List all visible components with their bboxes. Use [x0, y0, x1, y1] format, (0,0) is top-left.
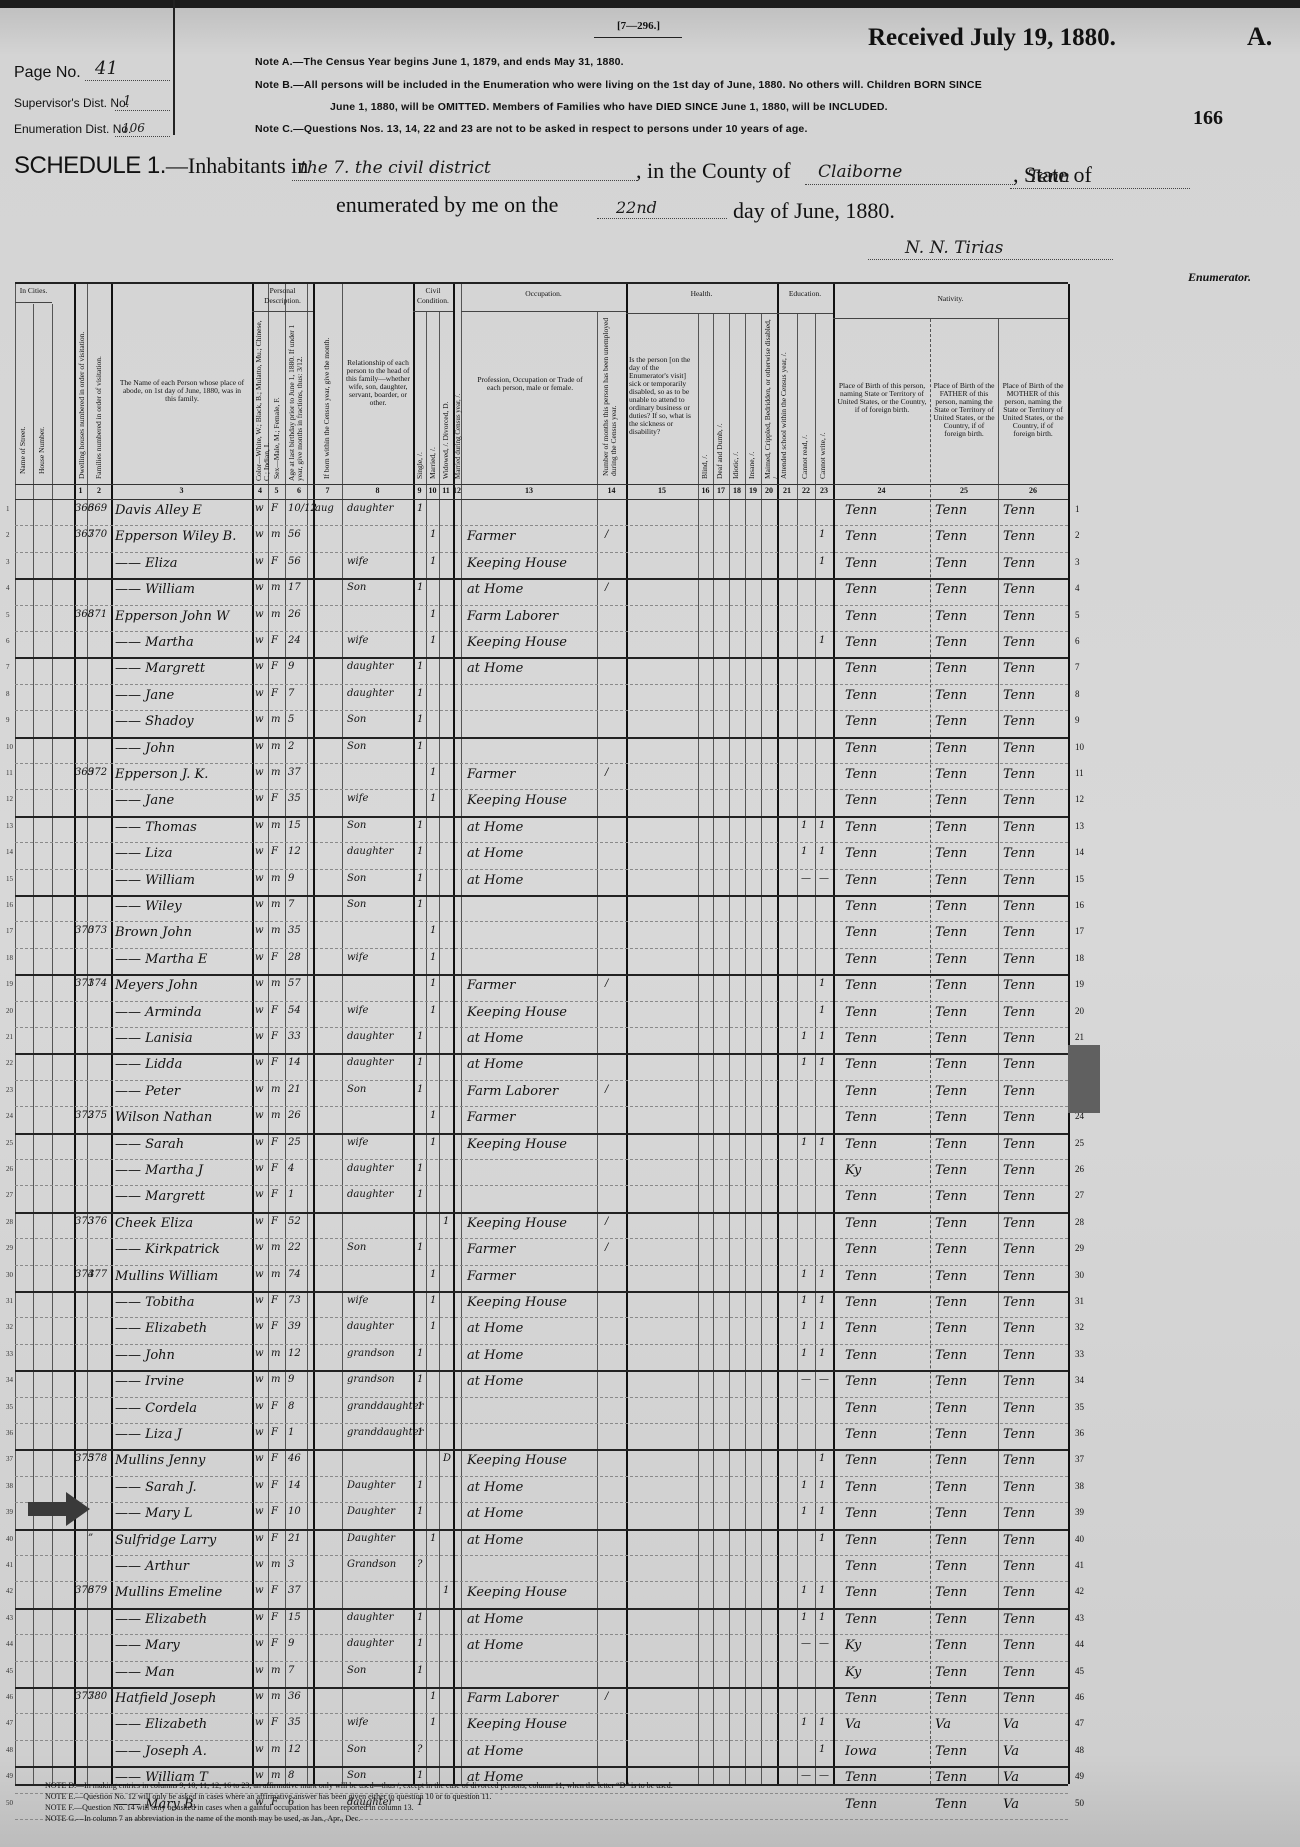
color-value: w	[255, 1137, 267, 1148]
birthplace-value: Tenn	[845, 1269, 929, 1284]
father-birthplace-value: Tenn	[935, 1374, 997, 1389]
table-row: 370373Brown Johnwm351TennTennTenn	[15, 921, 1068, 948]
row-number: 17	[1075, 926, 1084, 936]
person-name: Cheek Eliza	[115, 1216, 265, 1231]
sex-value: F	[271, 635, 283, 646]
color-value: w	[255, 1612, 267, 1623]
sex-value: m	[271, 1269, 283, 1280]
person-name: Epperson Wiley B.	[115, 529, 265, 544]
age-value: 24	[288, 635, 310, 646]
colnum: 5	[268, 486, 285, 495]
corner-letter: A.	[1247, 22, 1272, 52]
father-birthplace-value: Tenn	[935, 1321, 997, 1336]
row-number: 36	[1075, 1428, 1084, 1438]
birthplace-value: Tenn	[845, 1348, 929, 1363]
state-line	[1010, 188, 1190, 189]
mother-birthplace-value: Tenn	[1003, 925, 1065, 940]
married-mark: 1	[430, 1321, 438, 1332]
table-row: —— Irvinewm9grandson1at Home——TennTennTe…	[15, 1370, 1068, 1397]
row-number: 37	[1075, 1454, 1084, 1464]
person-name: —— Margrett	[115, 1189, 265, 1204]
day-line	[597, 218, 727, 219]
row-number: 41	[1075, 1560, 1084, 1570]
color-header: Color—White, W.; Black, B.; Mulatto, Mu.…	[255, 316, 271, 481]
color-value: w	[255, 1638, 267, 1649]
occupation-value: at Home	[467, 846, 595, 861]
person-name: —— Kirkpatrick	[115, 1242, 265, 1257]
father-birthplace-value: Tenn	[935, 925, 997, 940]
color-value: w	[255, 846, 267, 857]
schedule-title: SCHEDULE 1.—Inhabitants in	[14, 152, 308, 180]
person-name: —— Sarah	[115, 1137, 265, 1152]
mother-birthplace-value: Tenn	[1003, 793, 1065, 808]
birthplace-value: Tenn	[845, 1506, 929, 1521]
cannot-write-mark: 1	[819, 1533, 833, 1544]
birthplace-value: Tenn	[845, 873, 929, 888]
sick-header: Is the person [on the day of the Enumera…	[629, 356, 695, 436]
sex-value: m	[271, 1110, 283, 1121]
father-birthplace-value: Tenn	[935, 1269, 997, 1284]
color-value: w	[255, 1189, 267, 1200]
family-number: 374	[88, 978, 110, 989]
father-birthplace-value: Tenn	[935, 1453, 997, 1468]
unemployed-mark: /	[605, 1216, 621, 1227]
age-value: 22	[288, 1242, 310, 1253]
father-birthplace-value: Tenn	[935, 635, 997, 650]
sex-value: F	[271, 793, 283, 804]
unemployed-header: Number of months this person has been un…	[602, 316, 618, 476]
married-mark: 1	[430, 609, 438, 620]
line-number: 42	[6, 1587, 13, 1595]
color-value: w	[255, 952, 267, 963]
occupation-col-header: Profession, Occupation or Trade of each …	[470, 376, 590, 392]
line-number: 7	[6, 663, 10, 671]
mother-birthplace-value: Tenn	[1003, 1057, 1065, 1072]
table-row: —— MarthawF24wife1Keeping House1TennTenn…	[15, 631, 1068, 659]
single-mark: ?	[417, 1559, 425, 1570]
day-value: 22nd	[616, 198, 657, 217]
born-month-header: If born within the Census year, give the…	[323, 314, 331, 479]
cannot-read-header: Cannot read, /.	[801, 414, 809, 479]
scan-shadow	[1068, 1045, 1100, 1113]
age-value: 9	[288, 661, 310, 672]
table-row: —— TobithawF73wife1Keeping House11TennTe…	[15, 1291, 1068, 1318]
color-value: w	[255, 741, 267, 752]
color-value: w	[255, 1216, 267, 1227]
father-birthplace-value: Tenn	[935, 1110, 997, 1125]
sex-value: m	[271, 529, 283, 540]
line-number: 15	[6, 875, 13, 883]
father-birthplace-value: Tenn	[935, 1242, 997, 1257]
relationship-value: wife	[347, 556, 413, 567]
occupation-value: Keeping House	[467, 635, 595, 650]
relationship-value: wife	[347, 793, 413, 804]
father-birthplace-value: Tenn	[935, 1797, 997, 1812]
birthplace-value: Tenn	[845, 978, 929, 993]
single-mark: 1	[417, 1057, 425, 1068]
mother-birthplace-value: Va	[1003, 1717, 1065, 1732]
colnum: 1	[74, 486, 87, 495]
birthplace-value: Tenn	[845, 767, 929, 782]
sex-value: F	[271, 1163, 283, 1174]
mother-birthplace-value: Tenn	[1003, 1374, 1065, 1389]
person-name: Brown John	[115, 925, 265, 940]
line-number: 8	[6, 690, 10, 698]
family-number: 369	[88, 503, 110, 514]
row-number: 9	[1075, 715, 1080, 725]
table-row: —— Liza JwF1granddaughter1TennTennTenn	[15, 1423, 1068, 1451]
person-name: —— Joseph A.	[115, 1744, 265, 1759]
cannot-read-mark: —	[801, 1638, 815, 1649]
father-birthplace-value: Tenn	[935, 609, 997, 624]
sex-value: m	[271, 741, 283, 752]
father-birthplace-value: Tenn	[935, 952, 997, 967]
table-row: ”Sulfridge LarrywF21Daughter1at Home1Ten…	[15, 1529, 1068, 1556]
single-mark: 1	[417, 741, 425, 752]
cannot-write-mark: 1	[819, 846, 833, 857]
line-number: 34	[6, 1376, 13, 1384]
enumeration-value: 106	[122, 121, 145, 135]
single-mark: 1	[417, 1084, 425, 1095]
occupation-value: at Home	[467, 1031, 595, 1046]
father-birthplace-value: Tenn	[935, 1612, 997, 1627]
occupation-value: at Home	[467, 582, 595, 597]
father-birthplace-value: Tenn	[935, 1005, 997, 1020]
scan-edge	[0, 0, 1300, 8]
civil-condition-header: Civil Condition.	[413, 286, 453, 312]
relationship-value: Son	[347, 820, 413, 831]
age-value: 15	[288, 820, 310, 831]
mother-birthplace-value: Tenn	[1003, 1163, 1065, 1178]
person-name: Sulfridge Larry	[115, 1533, 265, 1548]
color-value: w	[255, 1057, 267, 1068]
married-mark: 1	[430, 1110, 438, 1121]
mother-birthplace-value: Va	[1003, 1744, 1065, 1759]
table-row: —— SarahwF25wife1Keeping House11TennTenn…	[15, 1133, 1068, 1160]
occupation-value: Farm Laborer	[467, 1691, 595, 1706]
sex-value: F	[271, 1005, 283, 1016]
married-mark: 1	[430, 1295, 438, 1306]
age-value: 26	[288, 1110, 310, 1121]
cannot-read-mark: 1	[801, 1506, 815, 1517]
sex-value: F	[271, 1612, 283, 1623]
row-number: 6	[1075, 636, 1080, 646]
mother-birthplace-value: Tenn	[1003, 978, 1065, 993]
mother-birthplace-header: Place of Birth of the MOTHER of this per…	[1001, 382, 1065, 438]
county-line	[805, 184, 1015, 185]
relationship-value: daughter	[347, 688, 413, 699]
unemployed-mark: /	[605, 978, 621, 989]
line-number: 43	[6, 1614, 13, 1622]
note-b: Note B.—All persons will be included in …	[255, 79, 982, 91]
line-number: 2	[6, 531, 10, 539]
single-mark: 1	[417, 1163, 425, 1174]
colnum: 3	[111, 486, 252, 495]
enumeration-line	[115, 136, 170, 137]
cannot-write-mark: 1	[819, 1612, 833, 1623]
single-header: Single, /.	[416, 424, 424, 479]
line-number: 23	[6, 1086, 13, 1094]
age-value: 57	[288, 978, 310, 989]
mother-birthplace-value: Tenn	[1003, 741, 1065, 756]
birthplace-value: Tenn	[845, 1585, 929, 1600]
age-value: 7	[288, 1665, 310, 1676]
table-row: —— ElizabethwF15daughter1at Home11TennTe…	[15, 1608, 1068, 1635]
relationship-value: wife	[347, 1717, 413, 1728]
line-number: 3	[6, 558, 10, 566]
line-number: 47	[6, 1719, 13, 1727]
family-number: 372	[88, 767, 110, 778]
sex-value: m	[271, 1744, 283, 1755]
age-value: 10	[288, 1506, 310, 1517]
cannot-read-mark: 1	[801, 1612, 815, 1623]
sex-value: m	[271, 1691, 283, 1702]
occupation-value: at Home	[467, 661, 595, 676]
unemployed-mark: /	[605, 582, 621, 593]
dwelling-header: Dwelling houses numbered in order of vis…	[78, 304, 86, 479]
widowed-mark: 1	[443, 1585, 451, 1596]
cannot-read-mark: 1	[801, 1295, 815, 1306]
cannot-write-mark: 1	[819, 1321, 833, 1332]
birthplace-value: Tenn	[845, 1295, 929, 1310]
birthplace-value: Tenn	[845, 1427, 929, 1442]
age-value: 36	[288, 1691, 310, 1702]
page-no-line	[85, 80, 170, 81]
cannot-read-mark: 1	[801, 1321, 815, 1332]
supervisor-label: Supervisor's Dist. No.	[14, 96, 129, 110]
married-header: Married, /.	[429, 424, 437, 479]
row-number: 42	[1075, 1586, 1084, 1596]
sex-value: F	[271, 503, 283, 514]
line-number: 45	[6, 1667, 13, 1675]
birthplace-value: Tenn	[845, 1137, 929, 1152]
column-number-row: 1 2 3 4 5 6 7 8 9 10 11 12 13 14 15 16 1…	[15, 484, 1068, 500]
color-value: w	[255, 1717, 267, 1728]
color-value: w	[255, 1533, 267, 1544]
color-value: w	[255, 1110, 267, 1121]
table-row: —— ElizawF56wife1Keeping House1TennTennT…	[15, 552, 1068, 580]
sex-value: F	[271, 1453, 283, 1464]
person-name: —— Man	[115, 1665, 265, 1680]
row-number: 43	[1075, 1613, 1084, 1623]
relationship-value: wife	[347, 1005, 413, 1016]
census-page: Page No. 41 Supervisor's Dist. No. 1 Enu…	[0, 0, 1300, 1847]
row-number: 33	[1075, 1349, 1084, 1359]
line-number: 32	[6, 1323, 13, 1331]
colnum: 16	[698, 486, 713, 495]
row-number: 11	[1075, 768, 1084, 778]
cannot-write-mark: 1	[819, 820, 833, 831]
line-number: 30	[6, 1271, 13, 1279]
unemployed-mark: /	[605, 1691, 621, 1702]
widowed-header: Widowed, /. Divorced, D.	[442, 384, 450, 479]
married-mark: 1	[430, 556, 438, 567]
father-birthplace-value: Tenn	[935, 1480, 997, 1495]
row-number: 3	[1075, 557, 1080, 567]
maimed-header: Maimed, Crippled, Bedridden, or otherwis…	[764, 314, 780, 479]
line-number: 24	[6, 1112, 13, 1120]
row-number: 30	[1075, 1270, 1084, 1280]
table-row: 369372Epperson J. K.wm371Farmer/TennTenn…	[15, 763, 1068, 790]
person-name: —— Eliza	[115, 556, 265, 571]
mother-birthplace-value: Tenn	[1003, 1216, 1065, 1231]
person-name: —— Sarah J.	[115, 1480, 265, 1495]
cannot-write-mark: 1	[819, 1506, 833, 1517]
color-value: w	[255, 1374, 267, 1385]
note-c: Note C.—Questions Nos. 13, 14, 22 and 23…	[255, 123, 808, 135]
colnum: 12	[453, 486, 461, 495]
row-number: 45	[1075, 1666, 1084, 1676]
color-value: w	[255, 820, 267, 831]
person-name: Wilson Nathan	[115, 1110, 265, 1125]
cannot-write-mark: 1	[819, 529, 833, 540]
row-number: 34	[1075, 1375, 1084, 1385]
relationship-value: wife	[347, 635, 413, 646]
enumerator-signature: N. N. Tirias	[905, 238, 1003, 258]
colnum: 8	[342, 486, 413, 495]
single-mark: 1	[417, 1638, 425, 1649]
age-value: 73	[288, 1295, 310, 1306]
person-name: —— Martha E	[115, 952, 265, 967]
single-mark: 1	[417, 1480, 425, 1491]
married-mark: 1	[430, 1269, 438, 1280]
row-number: 13	[1075, 821, 1084, 831]
color-value: w	[255, 925, 267, 936]
unemployed-mark: /	[605, 529, 621, 540]
occupation-value: at Home	[467, 1533, 595, 1548]
father-birthplace-value: Tenn	[935, 503, 997, 518]
widowed-mark: D	[443, 1453, 451, 1464]
person-name: —— William	[115, 582, 265, 597]
father-birthplace-value: Tenn	[935, 1084, 997, 1099]
mother-birthplace-value: Tenn	[1003, 846, 1065, 861]
unemployed-mark: /	[605, 767, 621, 778]
mother-birthplace-value: Tenn	[1003, 767, 1065, 782]
family-number: 375	[88, 1110, 110, 1121]
table-row: —— Williamwm17Son1at Home/TennTennTenn	[15, 578, 1068, 605]
occupation-value: Keeping House	[467, 1295, 595, 1310]
color-value: w	[255, 503, 267, 514]
cannot-write-mark: 1	[819, 556, 833, 567]
color-value: w	[255, 556, 267, 567]
color-value: w	[255, 873, 267, 884]
note-f: NOTE F.—Question No. 14 will only be ask…	[45, 1802, 673, 1813]
footnotes: NOTE D.—In making entries in columns 9, …	[45, 1780, 673, 1824]
table-row: —— JanewF35wife1Keeping HouseTennTennTen…	[15, 789, 1068, 817]
row-number: 32	[1075, 1322, 1084, 1332]
enumerator-label: Enumerator.	[1188, 270, 1251, 285]
color-value: w	[255, 529, 267, 540]
sex-value: m	[271, 1665, 283, 1676]
married-mark: 1	[430, 952, 438, 963]
person-name: —— John	[115, 1348, 265, 1363]
sex-value: m	[271, 1084, 283, 1095]
row-number: 20	[1075, 1006, 1084, 1016]
person-name: —— Elizabeth	[115, 1717, 265, 1732]
person-name: —— Mary L	[115, 1506, 265, 1521]
person-name: —— Arthur	[115, 1559, 265, 1574]
birthplace-value: Tenn	[845, 1797, 929, 1812]
birthplace-value: Tenn	[845, 582, 929, 597]
color-value: w	[255, 609, 267, 620]
sex-value: m	[271, 609, 283, 620]
colnum: 7	[313, 486, 342, 495]
row-number: 18	[1075, 953, 1084, 963]
person-name: —— William	[115, 873, 265, 888]
colnum: 22	[797, 486, 815, 495]
district-value: the 7. the civil district	[300, 158, 491, 178]
education-header: Education.	[777, 289, 833, 314]
relationship-value: daughter	[347, 1638, 413, 1649]
sheet-number: 166	[1193, 107, 1223, 130]
person-name: —— Peter	[115, 1084, 265, 1099]
line-number: 25	[6, 1139, 13, 1147]
row-number: 27	[1075, 1190, 1084, 1200]
married-mark: 1	[430, 1533, 438, 1544]
birthplace-value: Tenn	[845, 741, 929, 756]
age-value: 21	[288, 1533, 310, 1544]
cannot-write-header: Cannot write, /.	[819, 414, 827, 479]
note-g: NOTE G.—In column 7 an abbreviation in t…	[45, 1813, 673, 1824]
color-value: w	[255, 1242, 267, 1253]
sex-value: F	[271, 1057, 283, 1068]
occupation-value: at Home	[467, 1506, 595, 1521]
age-value: 17	[288, 582, 310, 593]
sex-value: F	[271, 846, 283, 857]
sex-value: F	[271, 1717, 283, 1728]
sex-value: F	[271, 1321, 283, 1332]
married-mark: 1	[430, 1717, 438, 1728]
mother-birthplace-value: Tenn	[1003, 582, 1065, 597]
single-mark: 1	[417, 1665, 425, 1676]
mother-birthplace-value: Tenn	[1003, 1242, 1065, 1257]
father-birthplace-value: Tenn	[935, 1216, 997, 1231]
table-row: 372375Wilson Nathanwm261FarmerTennTennTe…	[15, 1106, 1068, 1134]
birthplace-value: Tenn	[845, 1005, 929, 1020]
table-row: —— Martha EwF28wife1TennTennTenn	[15, 948, 1068, 976]
married-mark: 1	[430, 925, 438, 936]
cannot-read-mark: 1	[801, 1585, 815, 1596]
table-row: 375378Mullins JennywF46DKeeping House1Te…	[15, 1449, 1068, 1476]
married-mark: 1	[430, 793, 438, 804]
sex-value: m	[271, 714, 283, 725]
cannot-write-mark: 1	[819, 1480, 833, 1491]
married-mark: 1	[430, 978, 438, 989]
widowed-mark: 1	[443, 1216, 451, 1227]
row-number: 1	[1075, 504, 1080, 514]
line-number: 46	[6, 1693, 13, 1701]
census-table: In Cities. Personal Description. Civil C…	[15, 282, 1068, 1786]
table-row: 368371Epperson John Wwm261Farm LaborerTe…	[15, 605, 1068, 632]
mother-birthplace-value: Tenn	[1003, 1612, 1065, 1627]
color-value: w	[255, 1163, 267, 1174]
sex-value: m	[271, 1374, 283, 1385]
cannot-read-mark: —	[801, 1374, 815, 1385]
sex-value: F	[271, 556, 283, 567]
colnum: 25	[930, 486, 998, 495]
cannot-read-mark: 1	[801, 1269, 815, 1280]
cannot-write-mark: 1	[819, 1031, 833, 1042]
color-value: w	[255, 1084, 267, 1095]
family-number: 377	[88, 1269, 110, 1280]
occupation-value: Farmer	[467, 978, 595, 993]
relationship-value: daughter	[347, 503, 413, 514]
color-value: w	[255, 1348, 267, 1359]
relationship-value: Son	[347, 899, 413, 910]
cannot-write-mark: 1	[819, 978, 833, 989]
color-value: w	[255, 1559, 267, 1570]
person-name: —— Shadoy	[115, 714, 265, 729]
